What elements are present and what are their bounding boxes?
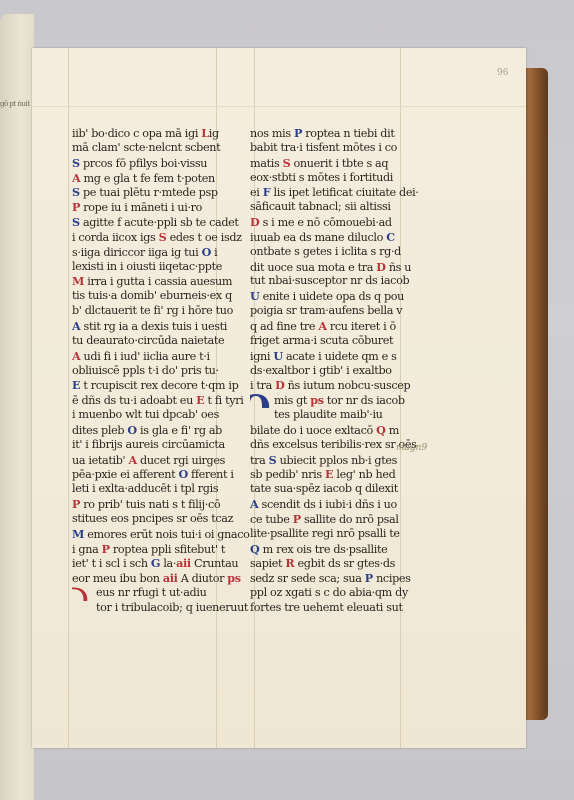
text-line: tor i tribulacoib; q iueneruut — [72, 601, 250, 616]
text-line: q ad fine tre A rcu iteret i ō — [250, 319, 419, 334]
text-line: bilate do i uoce exltacō Q m — [250, 423, 419, 438]
text-line: ppl oz xgati s c do abia·qm dy — [250, 586, 419, 601]
text-line: tes plaudite maib'·iu — [250, 408, 419, 423]
text-line: i gna P roptea ppli sfitebut' t — [72, 542, 250, 557]
text-line: S agitte f acute·ppli sb te cadet — [72, 215, 250, 230]
text-line: sedz sr sede sca; sua P ncipes — [250, 571, 419, 586]
text-line: Deus nr rfugi t ut·adiu — [72, 586, 250, 601]
text-line: ds·exaltbor i gtib' i exaltbo — [250, 364, 419, 379]
text-line: tate sua·spēz iacob q dilexit — [250, 482, 419, 497]
text-line: A udi fi i iud' iiclia aure t·i — [72, 349, 250, 364]
text-line: leti i exlta·adducēt i tpl rgis — [72, 482, 250, 497]
manuscript-leaf: 96 iib' bo·dico c opa mā igi Lig mā clam… — [32, 48, 526, 748]
text-line: dñs excelsus teribilis·rex sr oēs — [250, 438, 419, 453]
facing-page-edge: gō pt ṅuitē nos r̄ic nos dīq ōṁ dīs iu ū… — [0, 14, 34, 800]
left-text-column: iib' bo·dico c opa mā igi Lig mā clam' s… — [72, 126, 250, 616]
text-line: U enite i uidete opa ds q pou — [250, 289, 419, 304]
text-line: i corda iicox igs S edes t oe isdz — [72, 230, 250, 245]
text-line: sāficauit tabnacl; sii altissi — [250, 200, 419, 215]
text-line: i tra D ñs iutum nobcu·suscep — [250, 378, 419, 393]
text-line: M emores erūt nois tui·i oi gnaco — [72, 527, 250, 542]
text-line: s·iiga diriccor iiga ig tui O i — [72, 245, 250, 260]
text-line: ua ietatib' A ducet rgi uirges — [72, 453, 250, 468]
text-line: sapiet R egbit ds sr gtes·ds — [250, 556, 419, 571]
large-initial-D: D — [72, 586, 89, 601]
text-line: eox·stbti s mōtes i fortitudi — [250, 171, 419, 186]
text-line: i muenbo wlt tui dpcab' oes — [72, 408, 250, 423]
text-line: b' dlctauerit te fi' rg i hōre tuo — [72, 304, 250, 319]
text-line: ē dñs ds tu·i adoabt eu E t fi tyri — [72, 393, 250, 408]
text-line: poigia sr tram·aufens bella v — [250, 304, 419, 319]
text-line: ce tube P sallite do nrō psal — [250, 512, 419, 527]
facing-page-text: gō pt ṅuitē nos r̄ic nos dīq ōṁ dīs iu ū… — [0, 99, 30, 109]
text-line: tra S ubiecit pplos nb·i gtes — [250, 453, 419, 468]
folio-number: 96 — [497, 68, 508, 78]
text-line: M irra i gutta i cassia auesum — [72, 274, 250, 289]
text-line: it' i fibrijs aureis circūamicta — [72, 438, 250, 453]
text-line: P rope iu i māneti i ui·ro — [72, 200, 250, 215]
ruling-line — [68, 48, 69, 748]
text-line: P ro prib' tuis nati s t filij·cō — [72, 497, 250, 512]
text-line: tu deaurato·circūda naietate — [72, 334, 250, 349]
text-line: fortes tre uehemt eleuati sut — [250, 601, 419, 616]
text-line: nos mis P roptea n tiebi dit — [250, 126, 419, 141]
text-line: babit tra·i tisfent mōtes i co — [250, 141, 419, 156]
text-line: igni U acate i uidete qm e s — [250, 349, 419, 364]
text-line: iib' bo·dico c opa mā igi Lig — [72, 126, 250, 141]
large-initial-O: O — [250, 393, 270, 408]
text-line: A scendit ds i iubi·i dñs i uo — [250, 497, 419, 512]
text-line: A stit rg ia a dexis tuis i uesti — [72, 319, 250, 334]
text-line: pēa·pxie ei afferent O fferent i — [72, 467, 250, 482]
ruling-line — [32, 106, 526, 107]
text-line: iet' t i scl i sch G la·aii Cruntau — [72, 556, 250, 571]
marginal-annotation: magn9 — [396, 443, 427, 453]
text-line: lexisti in i oiusti iiqetac·ppte — [72, 260, 250, 275]
text-line: stitues eos pncipes sr oēs tcaz — [72, 512, 250, 527]
text-line: D s i me e nō cōmouebi·ad — [250, 215, 419, 230]
text-line: A mg e gla t fe fem t·poten — [72, 171, 250, 186]
text-line: matis S onuerit i tbte s aq — [250, 156, 419, 171]
text-line: Q m rex ois tre ds·psallite — [250, 542, 419, 557]
text-line: ontbate s getes i iclita s rg·d — [250, 245, 419, 260]
text-line: mā clam' scte·nelcnt scbent — [72, 141, 250, 156]
text-line: ei F lis ipet letificat ciuitate dei· — [250, 185, 419, 200]
text-line: Omis gt ps tor nr ds iacob — [250, 393, 419, 408]
text-line: eor meu ibu bon aii A diutor ps — [72, 571, 250, 586]
text-line: obliuiscē ppls t·i do' pris tu· — [72, 364, 250, 379]
text-line: S pe tuai plētu r·mtede psp — [72, 185, 250, 200]
text-line: S prcos fō pfilys boi·vissu — [72, 156, 250, 171]
text-line: E t rcupiscit rex decore t·qm ip — [72, 378, 250, 393]
text-line: dit uoce sua mota e tra D ñs u — [250, 260, 419, 275]
text-line: tis tuis·a domib' eburneis·ex q — [72, 289, 250, 304]
text-line: tut nbai·susceptor nr ds iacob — [250, 274, 419, 289]
text-line: sb pedib' nris E leg' nb hed — [250, 467, 419, 482]
text-line: dites pleb O is gla e fi' rg ab — [72, 423, 250, 438]
text-line: iuuab ea ds mane diluclo C — [250, 230, 419, 245]
text-line: friget arma·i scuta cōburet — [250, 334, 419, 349]
right-text-column: nos mis P roptea n tiebi dit babit tra·i… — [250, 126, 419, 616]
text-line: lite·psallite regi nrō psalli te — [250, 527, 419, 542]
